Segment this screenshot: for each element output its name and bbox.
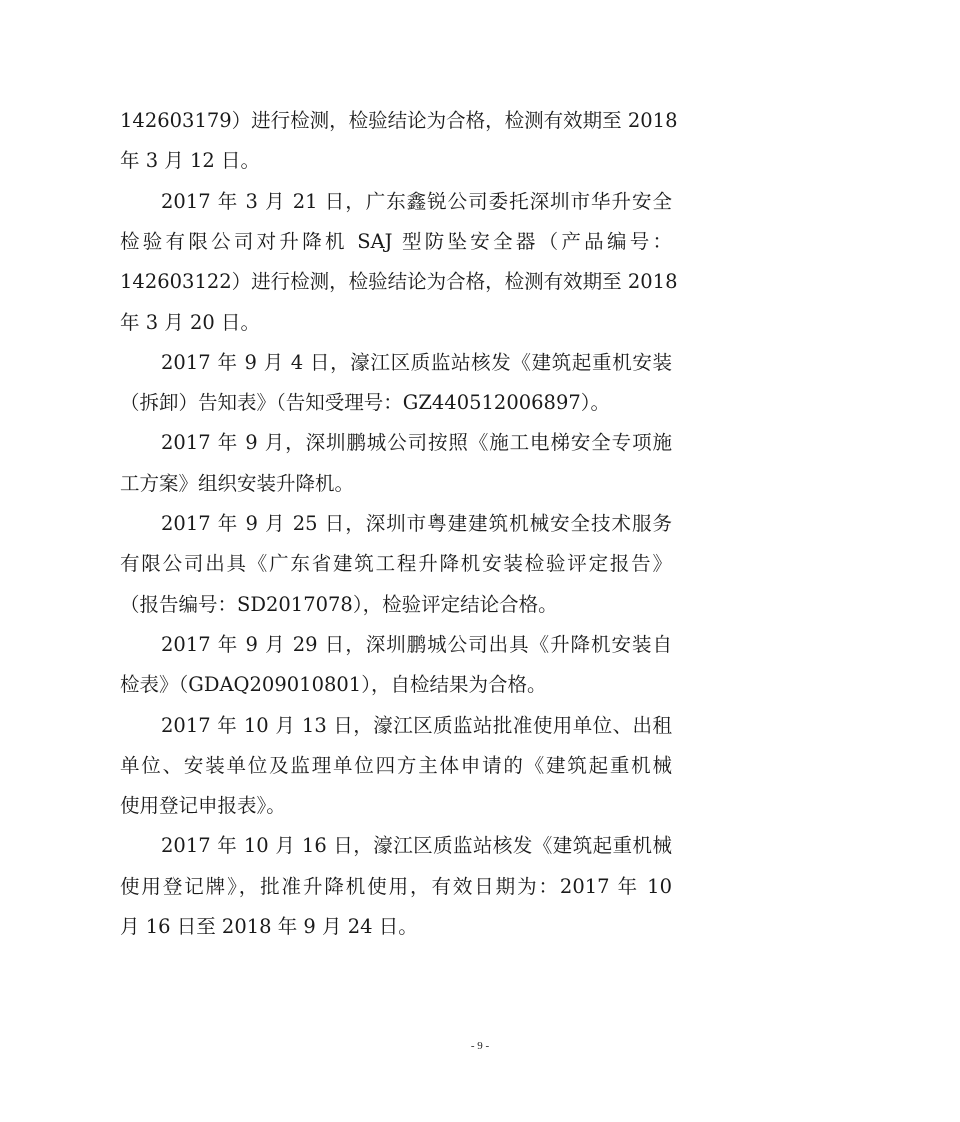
text-line: 2017 年 10 月 13 日，濠江区质监站批准使用单位、出租 [120,708,672,744]
page-number: - 9 - [0,1040,960,1052]
text-line: 2017 年 3 月 21 日，广东鑫锐公司委托深圳市华升安全 [120,184,672,220]
text-line: 工方案》组织安装升降机。 [120,466,672,502]
text-line: 检验有限公司对升降机 SAJ 型防坠安全器（产品编号： [120,224,672,260]
text-line: 月 16 日至 2018 年 9 月 24 日。 [120,909,672,945]
text-line: 2017 年 9 月 29 日，深圳鹏城公司出具《升降机安装自 [120,627,672,663]
text-line: 年 3 月 12 日。 [120,143,672,179]
text-line: （拆卸）告知表》（告知受理号：GZ440512006897）。 [120,385,672,421]
text-line: 有限公司出具《广东省建筑工程升降机安装检验评定报告》 [120,546,672,582]
text-line: 使用登记申报表》。 [120,788,672,824]
text-line: 2017 年 10 月 16 日，濠江区质监站核发《建筑起重机械 [120,828,672,864]
text-line: 2017 年 9 月 25 日，深圳市粤建建筑机械安全技术服务 [120,506,672,542]
text-line: 使用登记牌》，批准升降机使用，有效日期为：2017 年 10 [120,869,672,905]
text-line: 2017 年 9 月 4 日，濠江区质监站核发《建筑起重机安装 [120,345,672,381]
text-line: 单位、安装单位及监理单位四方主体申请的《建筑起重机械 [120,748,672,784]
text-line: 年 3 月 20 日。 [120,305,672,341]
text-line: 142603179）进行检测，检验结论为合格，检测有效期至 2018 [120,103,672,139]
text-line: 142603122）进行检测，检验结论为合格，检测有效期至 2018 [120,264,672,300]
text-line: （报告编号：SD2017078），检验评定结论合格。 [120,587,672,623]
text-line: 2017 年 9 月，深圳鹏城公司按照《施工电梯安全专项施 [120,425,672,461]
text-line: 检表》（GDAQ209010801），自检结果为合格。 [120,667,672,703]
